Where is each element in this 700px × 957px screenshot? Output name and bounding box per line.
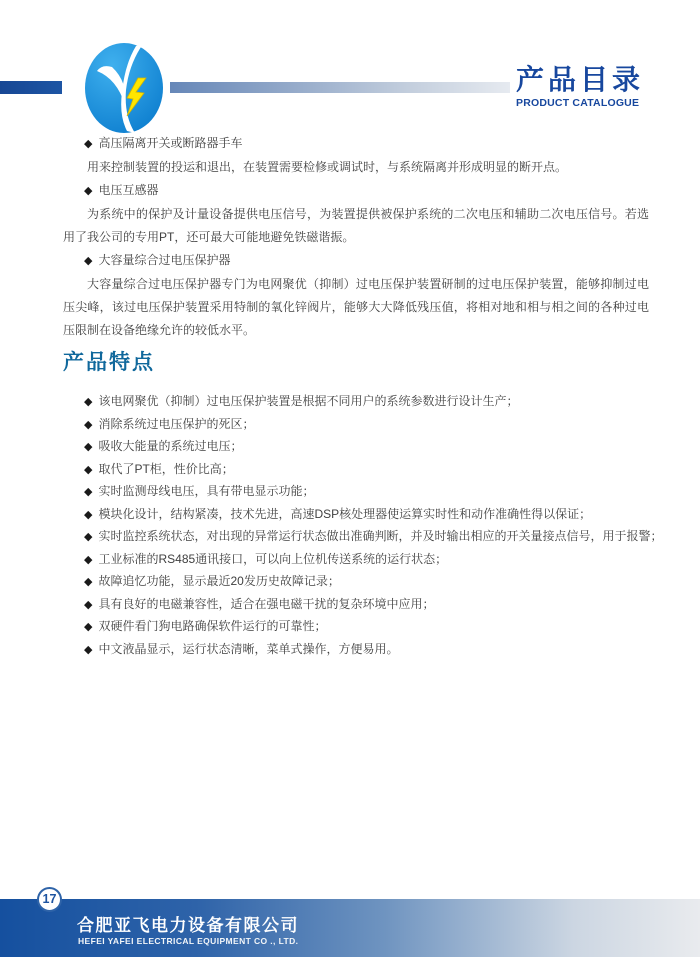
feature-list-item: ◆实时监测母线电压，具有带电显示功能；	[63, 481, 649, 504]
main-content: ◆高压隔离开关或断路器手车用来控制装置的投运和退出，在装置需要检修或调试时，与系…	[63, 132, 649, 661]
diamond-bullet-icon: ◆	[84, 185, 92, 197]
footer-company-name-en: HEFEI YAFEI ELECTRICAL EQUIPMENT CO ., L…	[78, 936, 298, 946]
footer-company-name-cn: 合肥亚飞电力设备有限公司	[77, 911, 299, 936]
intro-paragraph: 为系统中的保护及计量设备提供电压信号，为装置提供被保护系统的二次电压和辅助二次电…	[63, 203, 649, 249]
intro-bullet-item: ◆大容量综合过电压保护器	[63, 249, 649, 273]
feature-list-item: ◆实时监控系统状态，对出现的异常运行状态做出准确判断，并及时输出相应的开关量接点…	[63, 526, 649, 549]
feature-item-text: 模块化设计，结构紧凑，技术先进，高速DSP核处理器使运算实时性和动作准确性得以保…	[98, 507, 591, 521]
feature-item-text: 故障追忆功能，显示最近20发历史故障记录；	[98, 574, 339, 588]
feature-list-item: ◆中文液晶显示，运行状态清晰，菜单式操作，方便易用。	[63, 639, 649, 662]
intro-bullet-text: 电压互感器	[98, 183, 158, 197]
page-title: 产品目录	[516, 64, 644, 96]
feature-list-item: ◆双硬件看门狗电路确保软件运行的可靠性；	[63, 616, 649, 639]
feature-item-text: 实时监测母线电压，具有带电显示功能；	[98, 484, 314, 498]
diamond-bullet-icon: ◆	[84, 621, 92, 633]
diamond-bullet-icon: ◆	[84, 419, 92, 431]
intro-bullet-text: 高压隔离开关或断路器手车	[98, 136, 242, 150]
feature-item-text: 取代了PT柜，性价比高；	[98, 462, 233, 476]
feature-list-item: ◆消除系统过电压保护的死区；	[63, 414, 649, 437]
features-list: ◆该电网聚优（抑制）过电压保护装置是根据不同用户的系统参数进行设计生产；◆消除系…	[63, 391, 649, 661]
intro-bullet-item: ◆高压隔离开关或断路器手车	[63, 132, 649, 156]
diamond-bullet-icon: ◆	[84, 576, 92, 588]
feature-item-text: 实时监控系统状态，对出现的异常运行状态做出准确判断，并及时输出相应的开关量接点信…	[98, 529, 662, 543]
diamond-bullet-icon: ◆	[84, 486, 92, 498]
feature-list-item: ◆故障追忆功能，显示最近20发历史故障记录；	[63, 571, 649, 594]
feature-list-item: ◆具有良好的电磁兼容性，适合在强电磁干扰的复杂环境中应用；	[63, 594, 649, 617]
diamond-bullet-icon: ◆	[84, 464, 92, 476]
intro-paragraph: 用来控制装置的投运和退出，在装置需要检修或调试时，与系统隔离并形成明显的断开点。	[63, 156, 649, 179]
intro-paragraph: 大容量综合过电压保护器专门为电网聚优（抑制）过电压保护装置研制的过电压保护装置，…	[63, 273, 649, 342]
diamond-bullet-icon: ◆	[84, 531, 92, 543]
company-logo	[84, 42, 164, 134]
header-divider-rule	[170, 82, 510, 93]
diamond-bullet-icon: ◆	[84, 554, 92, 566]
diamond-bullet-icon: ◆	[84, 599, 92, 611]
feature-list-item: ◆模块化设计，结构紧凑，技术先进，高速DSP核处理器使运算实时性和动作准确性得以…	[63, 504, 649, 527]
intro-blocks: ◆高压隔离开关或断路器手车用来控制装置的投运和退出，在装置需要检修或调试时，与系…	[63, 132, 649, 342]
feature-item-text: 吸收大能量的系统过电压；	[98, 439, 242, 453]
header-title-block: 产品目录 PRODUCT CATALOGUE	[516, 64, 644, 109]
feature-list-item: ◆工业标准的RS485通讯接口，可以向上位机传送系统的运行状态；	[63, 549, 649, 572]
intro-bullet-text: 大容量综合过电压保护器	[98, 253, 230, 267]
feature-list-item: ◆该电网聚优（抑制）过电压保护装置是根据不同用户的系统参数进行设计生产；	[63, 391, 649, 414]
feature-list-item: ◆取代了PT柜，性价比高；	[63, 459, 649, 482]
feature-item-text: 消除系统过电压保护的死区；	[98, 417, 254, 431]
diamond-bullet-icon: ◆	[84, 255, 92, 267]
feature-item-text: 工业标准的RS485通讯接口，可以向上位机传送系统的运行状态；	[98, 552, 447, 566]
diamond-bullet-icon: ◆	[84, 396, 92, 408]
page-number-badge: 17	[37, 887, 62, 912]
page-subtitle: PRODUCT CATALOGUE	[516, 97, 644, 109]
diamond-bullet-icon: ◆	[84, 441, 92, 453]
feature-item-text: 双硬件看门狗电路确保软件运行的可靠性；	[98, 619, 326, 633]
diamond-bullet-icon: ◆	[84, 138, 92, 150]
feature-list-item: ◆吸收大能量的系统过电压；	[63, 436, 649, 459]
diamond-bullet-icon: ◆	[84, 644, 92, 656]
section-title-features: 产品特点	[63, 350, 649, 376]
intro-bullet-item: ◆电压互感器	[63, 179, 649, 203]
catalogue-page: 产品目录 PRODUCT CATALOGUE ◆高压隔离开关或断路器手车用来控制…	[0, 0, 700, 957]
header-left-accent-bar	[0, 81, 62, 94]
logo-graphic	[84, 42, 164, 134]
feature-item-text: 中文液晶显示，运行状态清晰，菜单式操作，方便易用。	[98, 642, 398, 656]
diamond-bullet-icon: ◆	[84, 509, 92, 521]
feature-item-text: 具有良好的电磁兼容性，适合在强电磁干扰的复杂环境中应用；	[98, 597, 434, 611]
feature-item-text: 该电网聚优（抑制）过电压保护装置是根据不同用户的系统参数进行设计生产；	[98, 394, 518, 408]
